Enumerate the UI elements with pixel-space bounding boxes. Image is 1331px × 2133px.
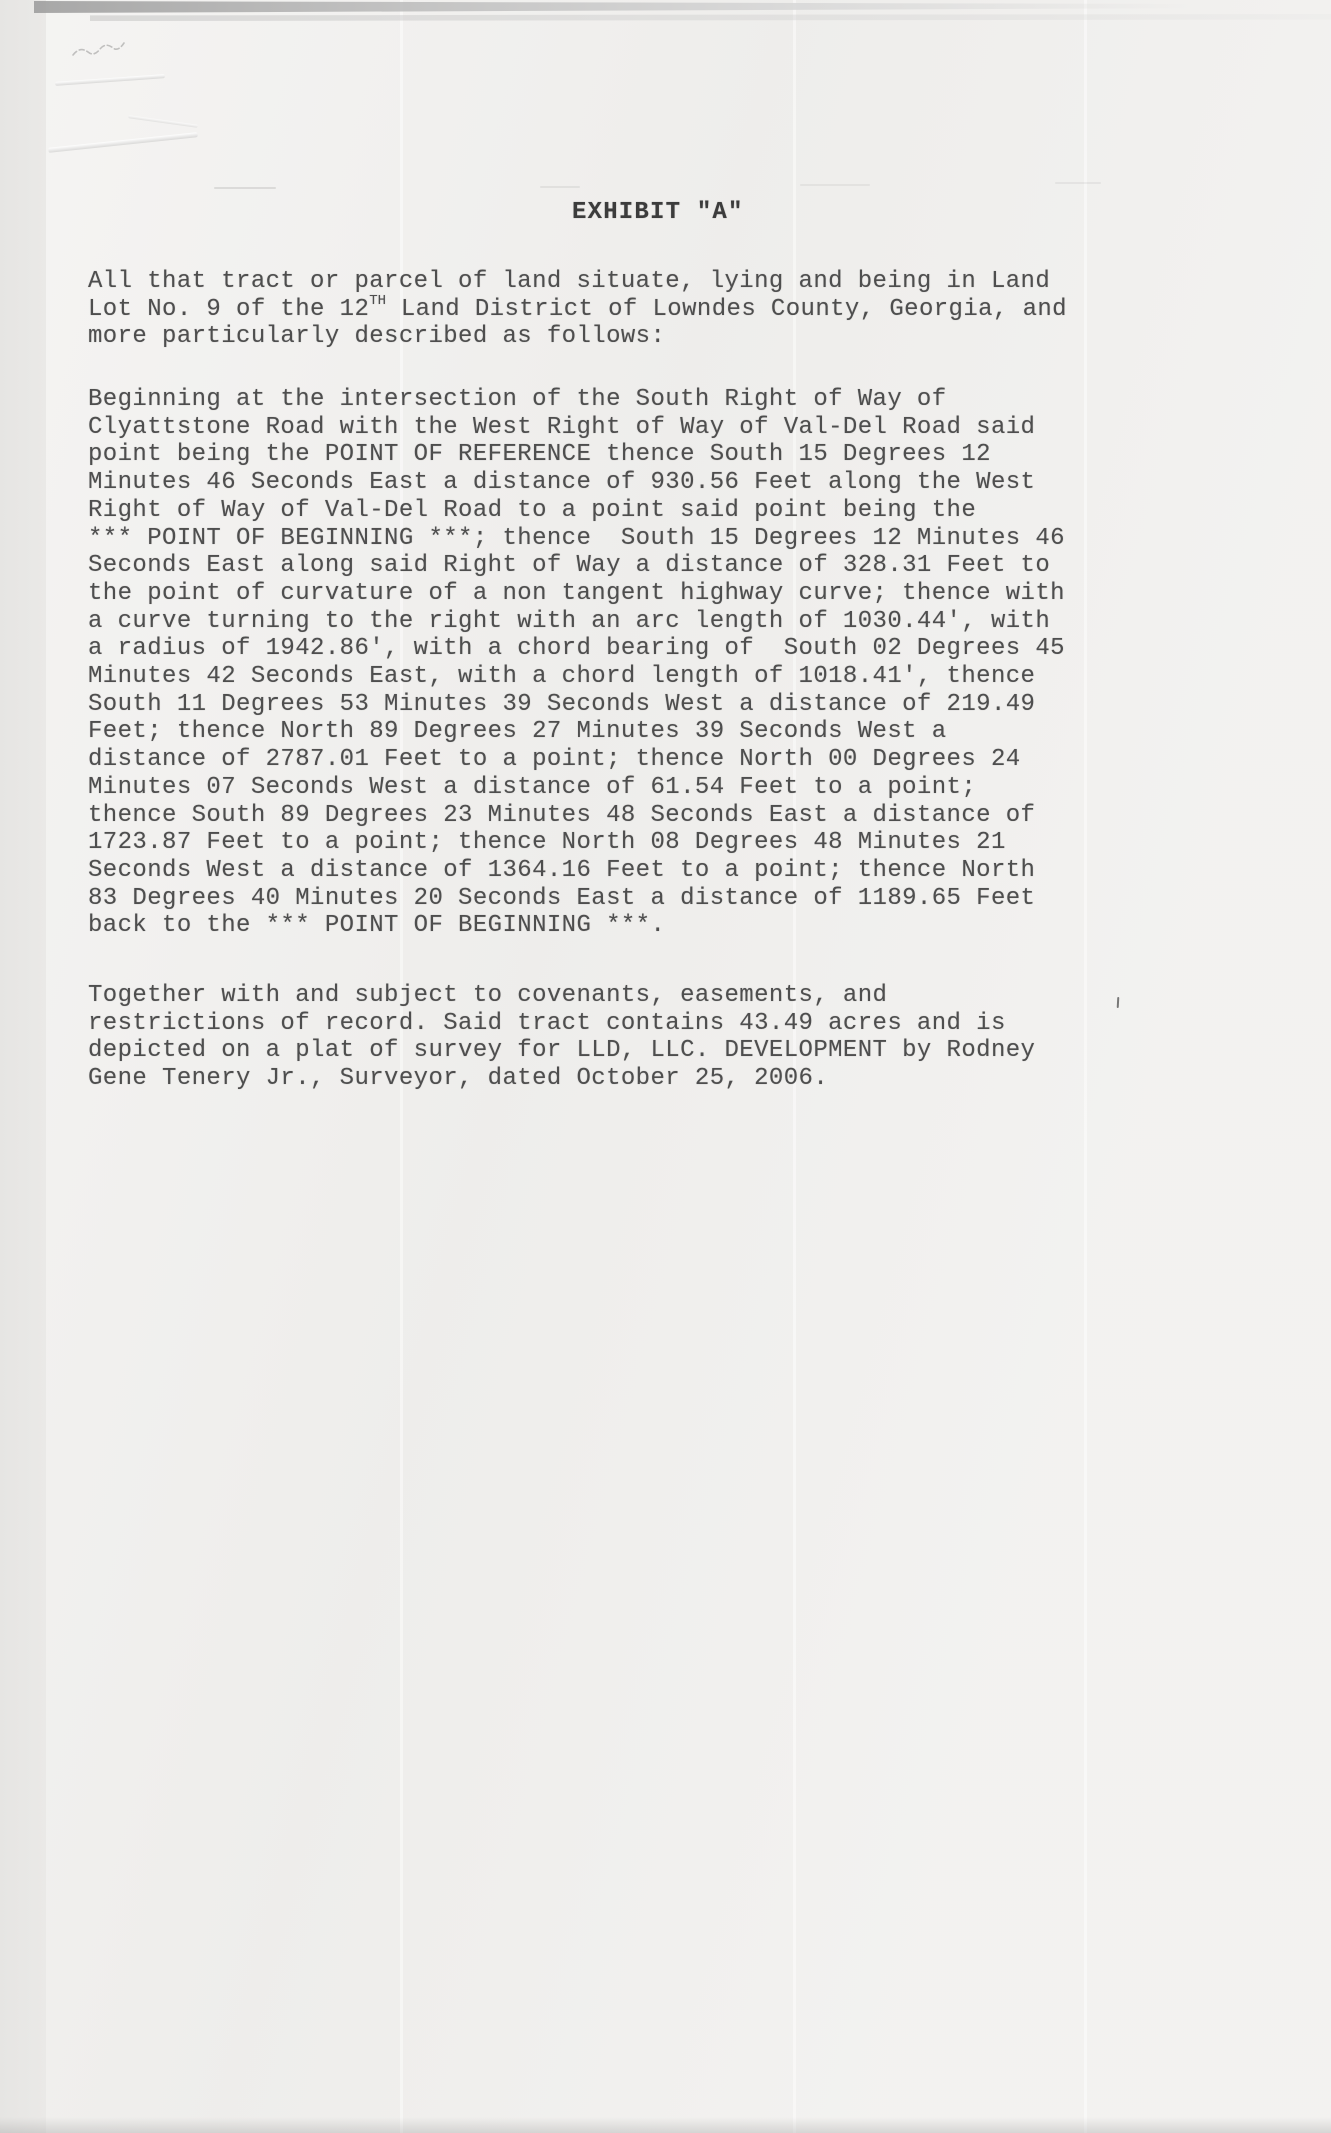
intro-line2-post: Land District of Lowndes County, Georgia… — [386, 296, 1067, 323]
intro-paragraph: All that tract or parcel of land situate… — [88, 268, 1067, 351]
scanner-background-band — [0, 0, 46, 2133]
legal-description-paragraph: Beginning at the intersection of the Sou… — [88, 386, 1065, 940]
intro-line3: more particularly described as follows: — [88, 323, 665, 350]
scanned-document-page: EXHIBIT "A" All that tract or parcel of … — [0, 0, 1331, 2133]
scan-edge-shadow — [0, 2117, 1331, 2133]
pencil-mark — [70, 42, 140, 67]
scan-smudge — [540, 186, 580, 188]
scan-smudge — [214, 187, 276, 189]
scanner-streak — [1084, 0, 1087, 2133]
intro-line2-superscript: TH — [369, 293, 386, 309]
intro-line2-pre: Lot No. 9 of the 12 — [88, 296, 369, 323]
scan-smudge — [1055, 182, 1101, 184]
closing-paragraph: Together with and subject to covenants, … — [88, 982, 1035, 1093]
intro-line1: All that tract or parcel of land situate… — [88, 268, 1050, 295]
scan-smudge — [800, 184, 870, 186]
document-title: EXHIBIT "A" — [572, 199, 744, 226]
